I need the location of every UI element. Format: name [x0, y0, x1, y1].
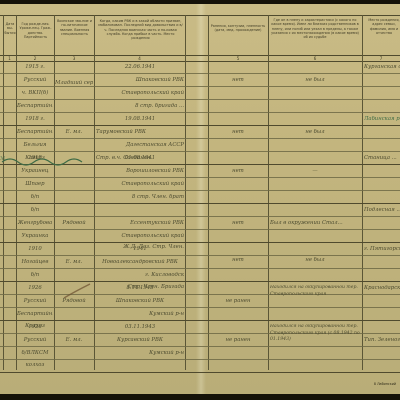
record-3-date: 01.08.1941 [96, 155, 184, 161]
record-6-captivity: Находился на оккупированной тер. Ставроп… [270, 285, 360, 321]
record-2-family: Лабинская р-н [364, 116, 400, 122]
col-border [208, 15, 209, 370]
record-7-wounds: не ранен [209, 337, 267, 343]
record-7-extra: колхоз [17, 362, 53, 368]
header-col-3: Воинское зва-ние и по-литическое звание.… [56, 19, 93, 36]
record-1-origin: Русский [17, 77, 53, 83]
record-6-wounds: не ранен [209, 298, 267, 304]
record-5-rank: Е. мл. [55, 259, 93, 265]
record-1-birth: 1915 г. [17, 64, 53, 70]
header-col-6: Где он в плену и характеристики (с каког… [270, 18, 360, 39]
record-6-rvk: Шпаковский РВК [96, 298, 184, 304]
ruled-line [0, 255, 400, 256]
record-1-unit: 8 стр. бригада ... [96, 103, 184, 109]
column-number: 6 [268, 56, 362, 61]
record-4-family: Подлесная ... [364, 207, 400, 213]
col-border [362, 15, 363, 370]
col-border [3, 15, 4, 370]
header-col-7: Место рождения, адрес семьи, фамилия, им… [364, 18, 400, 35]
record-3-extra: б/п [17, 194, 53, 200]
record-3-rvk: Ворошиловский РВК [96, 168, 184, 174]
record-1-date: 22.06.1941 [96, 64, 184, 70]
record-1-rvk: Шпаковский РВК [96, 77, 184, 83]
record-1-region: Ставропольский край [96, 90, 184, 96]
record-2-birth: 1918 г. [17, 116, 53, 122]
record-4-party: Украинка [17, 233, 53, 239]
ruled-line [0, 86, 400, 87]
record-5-captivity: не был [270, 257, 360, 263]
record-5-region: г. Кисловодск [96, 272, 184, 278]
record-6-origin: Русский [17, 298, 53, 304]
record-2-wounds: нет [209, 129, 267, 135]
record-3-captivity: — [270, 168, 360, 174]
record-4-wounds: нет [209, 220, 267, 226]
column-number: 4 [94, 56, 185, 61]
record-separator [0, 242, 400, 243]
record-3-region: Ставропольский край [96, 181, 184, 187]
record-7-birth: 1926 [17, 324, 53, 330]
record-6-party: Беспартийн. [17, 311, 53, 317]
record-5-party: б/п [17, 272, 53, 278]
record-5-wounds: нет [209, 257, 267, 263]
record-2-date: 19.08.1941 [96, 116, 184, 122]
record-7-captivity: Находился на оккупированной тер. Ставроп… [270, 324, 360, 360]
ruled-line [0, 99, 400, 100]
record-2-rvk: Тарумовский РВК [96, 129, 184, 135]
column-number: 3 [54, 56, 94, 61]
column-number: 5 [208, 56, 268, 61]
record-4-origin: Женгрубова [17, 220, 53, 226]
record-1-wounds: нет [209, 77, 267, 83]
header-col-4: Когда, каким РВК и в какой области призв… [98, 19, 183, 40]
record-7-rank: Е. мл. [55, 337, 93, 343]
record-1-extra: Беспартийн. [17, 103, 53, 109]
document-page: Дата вы-бытия Год рожде-ния. Уроже-нец. … [0, 4, 400, 394]
record-7-party: б/ВЛКСМ [17, 350, 53, 356]
record-3-unit: 8 стр. Член. брат [96, 194, 184, 200]
svg-text:ℳ: ℳ [0, 156, 6, 162]
record-separator [0, 372, 400, 373]
record-7-region: Кумский р-н [96, 350, 184, 356]
ruled-line [0, 268, 400, 269]
header-col-2: Год рожде-ния. Уроже-нец. Граж-данство. … [18, 22, 53, 39]
ruled-line [0, 73, 400, 74]
record-2-origin: Беспартийн. [17, 129, 53, 135]
col-border [94, 15, 95, 370]
column-number: 1 [3, 56, 16, 61]
ruled-line [0, 216, 400, 217]
scan-bottom-edge [0, 394, 400, 400]
record-6-birth: 1926 [17, 285, 53, 291]
header-top-border [0, 15, 400, 16]
record-4-birth: б/п [17, 207, 53, 213]
record-2-captivity: не был [270, 129, 360, 135]
record-3-party: Шпаер [17, 181, 53, 187]
record-separator [0, 203, 400, 204]
record-2-party: Бельгия [17, 142, 53, 148]
record-4-rvk: Ессентукский РВК [96, 220, 184, 226]
ruled-line [0, 177, 400, 178]
record-5-date: 1941 [96, 246, 184, 252]
pen-stroke-mark [60, 282, 100, 302]
record-5-family: г. Пятигорск [364, 246, 400, 252]
record-2-region: Дагестанская АССР [96, 142, 184, 148]
record-1-family: Курганская обл. [364, 64, 400, 70]
col-border [54, 15, 55, 370]
column-number: 7 [362, 56, 400, 61]
record-3-family: Станица ... [364, 155, 400, 161]
ruled-line [0, 151, 400, 152]
ruled-line [0, 138, 400, 139]
record-1-rank: Младший сержант [55, 80, 93, 86]
col-border [185, 15, 186, 370]
squiggle-annotation: ℳ [0, 154, 100, 168]
record-3-origin: Украинец [17, 168, 53, 174]
record-1-party: ч. ВКП(б) [17, 90, 53, 96]
record-5-rvk: Новоалександровский РВК [96, 259, 184, 265]
ruled-line [0, 190, 400, 191]
column-number: 2 [16, 56, 54, 61]
record-5-birth: 1910 [17, 246, 53, 252]
record-6-region: Кумский р-н [96, 311, 184, 317]
paper-fold [196, 4, 206, 394]
record-4-rank: Рядовой [55, 220, 93, 226]
ruled-line [0, 229, 400, 230]
record-6-family: Краснодарский край [364, 285, 400, 291]
record-5-origin: Ногайцев [17, 259, 53, 265]
record-2-rank: Е. мл. [55, 129, 93, 135]
record-7-rvk: Курсавский РВК [96, 337, 184, 343]
record-7-origin: Русский [17, 337, 53, 343]
record-4-captivity: Был в окружении Стал... [270, 220, 360, 226]
record-1-captivity: не был [270, 77, 360, 83]
col-border [268, 15, 269, 370]
record-3-wounds: нет [209, 168, 267, 174]
record-7-family: Тип. Зеленогорск [364, 337, 400, 343]
ruled-line [0, 112, 400, 113]
record-7-date: 03.11.1943 [96, 324, 184, 330]
column-number-border [0, 61, 400, 62]
record-separator [0, 125, 400, 126]
archive-stamp: 8 Лабинский [374, 382, 396, 386]
record-4-region: Ставропольский край [96, 233, 184, 239]
header-col-5: Ранения, контузии, пленность (дата, мед.… [210, 24, 266, 33]
record-6-date: 8.11.1943 [96, 285, 184, 291]
header-col-1: Дата вы-бытия [4, 22, 16, 35]
